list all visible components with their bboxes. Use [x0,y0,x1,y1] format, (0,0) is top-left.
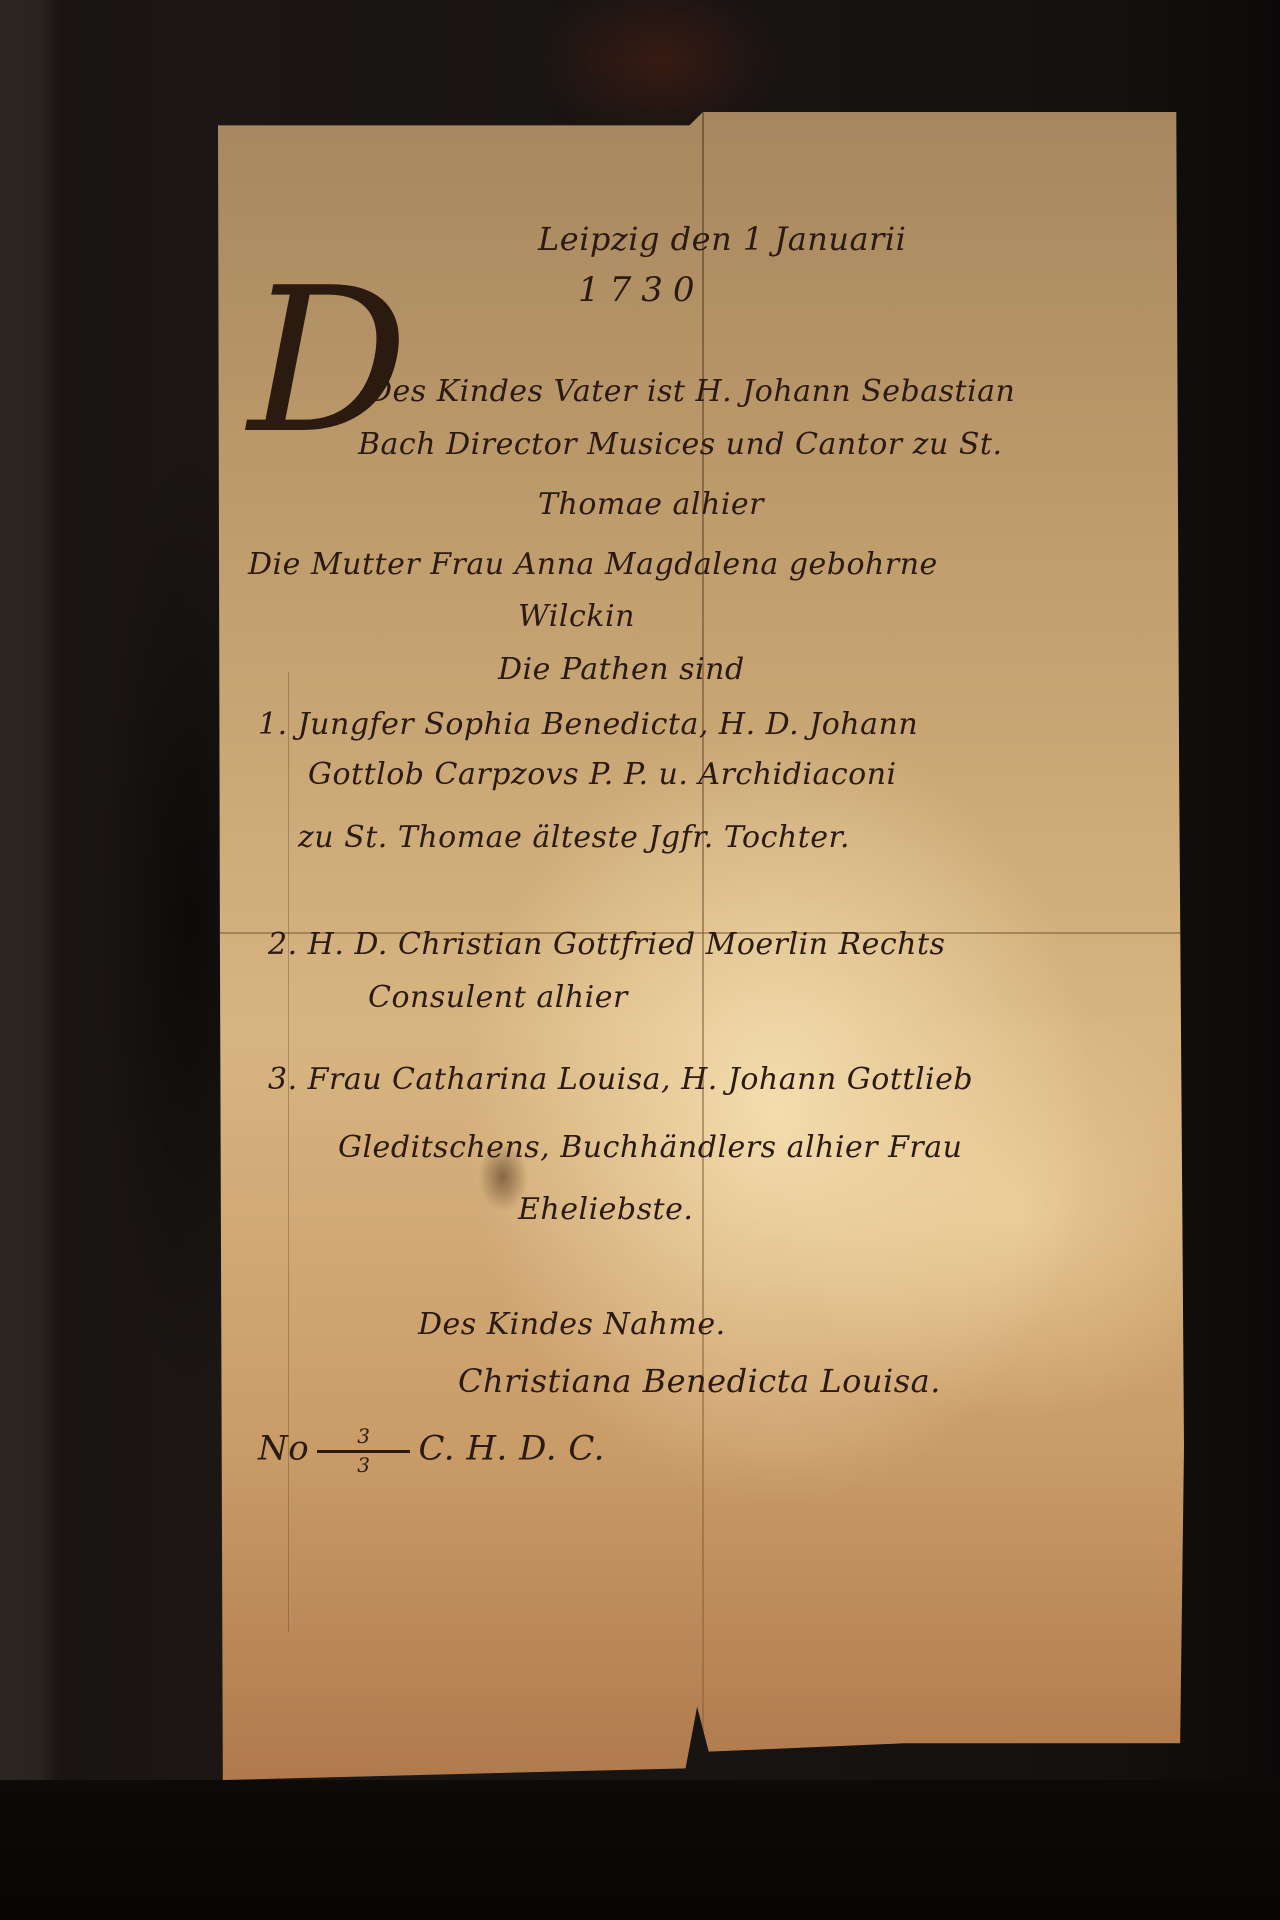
godparents-heading: Die Pathen sind [498,652,745,687]
godparent-2-line-2: Consulent alhier [368,980,628,1015]
godparent-3-line-1: 3. Frau Catharina Louisa, H. Johann Gott… [268,1062,973,1097]
place-date: Leipzig den 1 Januarii [538,220,906,258]
background-shadow [40,220,240,1670]
father-line-3: Thomae alhier [538,487,764,522]
record-number: No33C. H. D. C. [258,1424,605,1477]
fraction-numerator: 3 [317,1424,410,1453]
initials: C. H. D. C. [418,1429,604,1469]
godparent-2-line-1: 2. H. D. Christian Gottfried Moerlin Rec… [268,927,945,962]
mother-line-1: Die Mutter Frau Anna Magdalena gebohrne [248,547,938,582]
display-case-bottom [0,1780,1280,1920]
godparent-1-line-2: Gottlob Carpzovs P. P. u. Archidiaconi [308,757,897,792]
mother-line-2: Wilckin [518,599,635,634]
fraction-denominator: 3 [317,1453,410,1477]
father-line-2: Bach Director Musices und Cantor zu St. [358,427,1003,462]
godparent-1-line-1: 1. Jungfer Sophia Benedicta, H. D. Johan… [258,707,918,742]
child-name: Christiana Benedicta Louisa. [458,1362,941,1400]
number-fraction: 33 [317,1424,410,1477]
father-line-1: Des Kindes Vater ist H. Johann Sebastian [368,374,1015,409]
child-heading: Des Kindes Nahme. [418,1307,726,1342]
manuscript-paper: Leipzig den 1 Januarii 1730 D Des Kindes… [218,112,1184,1780]
godparent-1-line-3: zu St. Thomae älteste Jgfr. Tochter. [298,820,850,855]
margin-rule [288,672,289,1632]
year: 1730 [578,270,705,310]
godparent-3-line-3: Eheliebste. [518,1192,693,1227]
number-label: No [258,1429,309,1469]
godparent-3-line-2: Gleditschens, Buchhändlers alhier Frau [338,1130,962,1165]
